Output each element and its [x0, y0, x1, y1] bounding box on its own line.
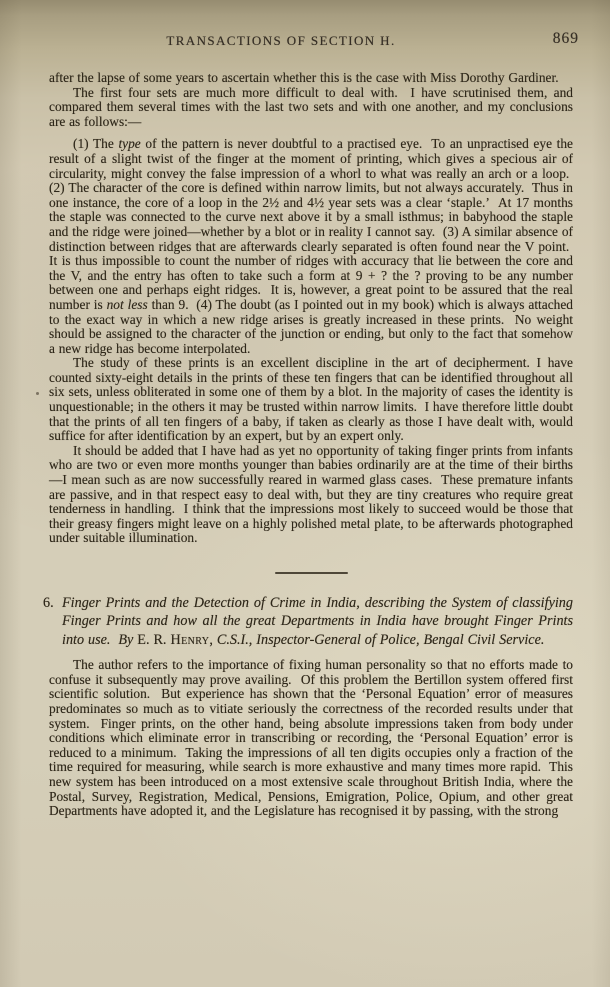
paragraph: The study of these prints is an excellen… — [49, 356, 573, 444]
paragraph: It should be added that I have had as ye… — [49, 444, 573, 546]
running-head-title: TRANSACTIONS OF SECTION H. — [49, 33, 513, 49]
body-paragraphs: after the lapse of some years to ascerta… — [49, 71, 573, 546]
section-number: 6. — [43, 594, 54, 612]
paragraph: (1) The type of the pattern is never dou… — [49, 137, 573, 356]
paragraph: The author refers to the importance of f… — [49, 658, 573, 819]
page-number: 869 — [553, 30, 579, 48]
scanned-book-page: TRANSACTIONS OF SECTION H. 869 after the… — [0, 0, 610, 987]
paragraph: The first four sets are much more diffic… — [49, 86, 573, 130]
paragraph: after the lapse of some years to ascerta… — [49, 71, 573, 86]
section-divider — [275, 572, 348, 574]
text-column: after the lapse of some years to ascerta… — [49, 71, 573, 819]
section-heading-text: Finger Prints and the Detection of Crime… — [62, 595, 573, 648]
section-paragraphs: The author refers to the importance of f… — [49, 658, 573, 819]
section-heading: 6. Finger Prints and the Detection of Cr… — [49, 594, 573, 649]
ink-speck — [36, 392, 39, 395]
page-header: TRANSACTIONS OF SECTION H. 869 — [49, 33, 573, 51]
